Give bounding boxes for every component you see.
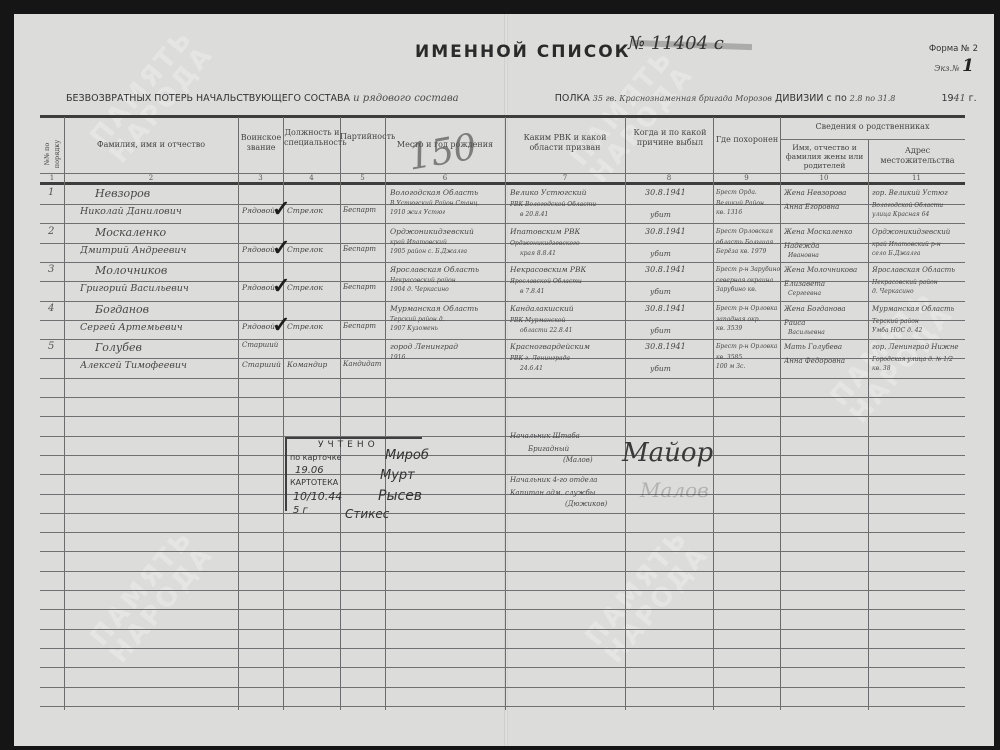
rank: Рядовой (242, 283, 275, 292)
conscription-office: РВК Вологодской Области (510, 201, 596, 208)
relative-name: Елизавета (784, 280, 825, 288)
row-line (40, 339, 965, 340)
col-num: 5 (340, 174, 385, 182)
relatives-group-header: Сведения о родственниках (780, 122, 965, 132)
col-divider (780, 117, 781, 710)
col-divider (340, 117, 341, 710)
stamp-text: КАРТОТЕКА (290, 478, 338, 487)
reason: убит (650, 249, 671, 258)
col-divider (505, 117, 506, 710)
relative-address: д. Черкасино (872, 288, 914, 295)
burial-place: Берёза кв. 1979 (716, 248, 766, 255)
given-name: Григорий Васильевич (80, 283, 189, 294)
birthplace: 1905 район с. Б.Джалга (390, 248, 467, 255)
row-number: 5 (48, 341, 54, 352)
stamp-signature: Рысев (378, 488, 422, 504)
surname: Голубев (95, 341, 142, 354)
position: Стрелок (287, 283, 323, 292)
relative-address: край Ипатовский р-н (872, 241, 941, 248)
birthplace: 1904 д. Черкасино (390, 286, 449, 293)
burial-place: Брест р-н Зарубино (716, 266, 780, 273)
rank: Рядовой (242, 206, 275, 215)
date-dropped: 30.8.1941 (645, 227, 686, 236)
burial-place: кв. 1316 (716, 209, 742, 216)
row-line (40, 416, 965, 417)
birthplace: 1910 жил Устюг (390, 209, 445, 216)
conscription-office: в 20.8.41 (520, 211, 548, 218)
burial-place: Брест Орда. (716, 189, 757, 196)
position: Стрелок (287, 322, 323, 331)
birthplace: В.Устюгский Район Станц. (390, 200, 479, 207)
row-line (40, 223, 965, 224)
col-num: 3 (238, 174, 283, 182)
conscription-office: в 7.8.41 (520, 288, 544, 295)
conscription-office: Красногвардейским (510, 342, 590, 351)
signature-name: (Дюжиков) (565, 500, 607, 508)
col-divider (868, 140, 869, 710)
row-number: 3 (48, 264, 54, 275)
copy-number: Экз.№ 1 (934, 56, 974, 76)
row-number: 2 (48, 226, 54, 237)
relative-address: Умба НОС д. 42 (872, 327, 922, 334)
conscription-office: Орджоникидзевского (510, 240, 580, 247)
relative-name: Жена Богданова (784, 305, 846, 313)
rank: Рядовой (242, 322, 275, 331)
relative-name: Ивановна (788, 252, 819, 259)
given-name: Алексей Тимофеевич (80, 360, 187, 371)
relative-name: Жена Москаленко (784, 228, 852, 236)
row-line (40, 590, 965, 591)
party: Беспарт (343, 283, 376, 291)
relative-address: Ярославская Область (872, 266, 955, 274)
row-line (40, 532, 965, 533)
signature-title: Начальник 4-го отдела (510, 476, 597, 484)
burial-place: западная окр. (716, 316, 760, 323)
col-header-4: Должность и специальность (284, 128, 340, 148)
row-line (40, 281, 965, 282)
given-name: Сергей Артемьевич (80, 322, 183, 333)
col-num: 8 (625, 174, 713, 182)
given-name: Николай Данилович (80, 206, 182, 217)
row-line (40, 436, 965, 437)
col-divider (625, 117, 626, 710)
row-line (40, 513, 965, 514)
relative-name: Анна Егоровна (784, 203, 839, 211)
stamp-date: 10/10.44 (293, 490, 342, 503)
birthplace: 1916 (390, 354, 405, 361)
row-line (40, 667, 965, 668)
date-dropped: 30.8.1941 (645, 265, 686, 274)
rank: Старший (242, 360, 281, 369)
relative-name: Надежда (784, 242, 819, 250)
burial-place: северная окраина (716, 277, 773, 284)
col-header-10: Имя, отчество и фамилия жены или родител… (782, 143, 867, 170)
party: Беспарт (343, 245, 376, 253)
faded-signature: Малов (640, 478, 709, 502)
row-line (40, 474, 965, 475)
relative-name: Раиса (784, 319, 806, 327)
relative-name: Жена Молочникова (784, 266, 857, 274)
surname: Молочников (95, 264, 167, 277)
relative-address: село Б.Джалга (872, 250, 920, 257)
col-num: 6 (385, 174, 505, 182)
row-line (40, 320, 965, 321)
reason: убит (650, 364, 671, 373)
col-num: 4 (283, 174, 340, 182)
given-name: Дмитрий Андреевич (80, 245, 186, 256)
burial-place: Зарубино кв. (716, 286, 757, 293)
row-line (40, 609, 965, 610)
birthplace: Мурманская Область (390, 304, 478, 313)
birthplace: край Ипатовский (390, 239, 447, 246)
party: Кандидат (343, 360, 381, 368)
col-divider (238, 117, 239, 710)
row-number: 1 (48, 187, 54, 198)
row-line (40, 455, 965, 456)
party: Беспарт (343, 322, 376, 330)
party: Беспарт (343, 206, 376, 214)
document-subtitle: БЕЗВОЗВРАТНЫХ ПОТЕРЬ НАЧАЛЬСТВУЮЩЕГО СОС… (66, 93, 977, 104)
col-num: 1 (40, 174, 64, 182)
checkmark-icon: ✓ (272, 196, 290, 222)
relative-address: Мурманская Область (872, 305, 954, 313)
row-line (40, 494, 965, 495)
birthplace: Некрасовский район (390, 277, 456, 284)
conscription-office: Велико Устюгский (510, 188, 586, 197)
date-dropped: 30.8.1941 (645, 304, 686, 313)
relative-address: Вологодской Области (872, 202, 943, 209)
stamp-date: 19.06 (295, 465, 324, 476)
conscription-office: края 8.8.41 (520, 250, 556, 257)
row-line (40, 687, 965, 688)
burial-place: область Большая (716, 239, 773, 246)
col-header-7: Каким РВК и какой области призван (506, 133, 624, 153)
surname: Невзоров (95, 187, 150, 200)
col-num: 11 (868, 174, 965, 182)
rank: Рядовой (242, 245, 275, 254)
stamp-signature: Мироб (385, 448, 429, 463)
form-number: Форма № 2 (929, 44, 978, 54)
conscription-office: Кандалакшский (510, 304, 574, 313)
col-num: 2 (64, 174, 238, 182)
conscription-office: Некрасовским РВК (510, 265, 586, 274)
position: Стрелок (287, 206, 323, 215)
row-line (40, 301, 965, 302)
col-header-2: Фамилия, имя и отчество (64, 140, 238, 150)
col-header-1: №№ по порядку (36, 130, 68, 170)
row-line (40, 629, 965, 630)
row-line (40, 262, 965, 263)
relative-name: Жена Невзорова (784, 189, 846, 197)
relative-address: гор. Великий Устюг (872, 189, 948, 197)
checkmark-icon: ✓ (272, 312, 290, 338)
relative-name: Мать Голубева (784, 343, 842, 351)
surname: Богданов (95, 303, 149, 316)
birthplace: Орджоникидзевский (390, 227, 474, 236)
col-header-5: Партийность (340, 132, 385, 142)
birthplace: город Ленинград (390, 342, 458, 351)
burial-place: Брест р-н Орловка (716, 305, 777, 312)
col-header-11: Адрес местожительства (870, 146, 965, 166)
conscription-office: РВК г. Ленинграда (510, 355, 570, 362)
relative-name: Сергеевна (788, 290, 821, 297)
relative-address: Городская улица д. № 1/2 (872, 356, 953, 363)
burial-place: Брест р-н Орловка (716, 343, 777, 350)
relative-address: Терский район (872, 318, 919, 325)
row-line (40, 397, 965, 398)
burial-place: кв. 3585 (716, 354, 742, 361)
conscription-office: области 22.8.41 (520, 327, 572, 334)
birthplace: 1907 Кузомень (390, 325, 438, 332)
relative-address: гор. Ленинград Нижне (872, 343, 959, 351)
date-dropped: 30.8.1941 (645, 188, 686, 197)
archive-number: № 11404 с (628, 33, 724, 54)
birthplace: Ярославская Область (390, 265, 479, 274)
relative-name: Анна Федоровна (784, 357, 845, 365)
col-divider (713, 117, 714, 710)
burial-place: кв. 3539 (716, 325, 742, 332)
row-line (40, 378, 965, 379)
group-divider (780, 139, 965, 140)
relative-address: Орджоникидзевский (872, 228, 950, 236)
col-header-3: Воинское звание (240, 133, 282, 153)
birthplace: Терский район д. (390, 316, 444, 323)
row-number: 4 (48, 303, 54, 314)
row-line (40, 571, 965, 572)
conscription-office: 24.6.41 (520, 365, 543, 372)
document-title: ИМЕННОЙ СПИСОК (415, 42, 631, 62)
conscription-office: Ярославской Области (510, 278, 582, 285)
col-num: 9 (713, 174, 780, 182)
relative-address: улица Красная 64 (872, 211, 929, 218)
row-line (40, 648, 965, 649)
burial-place: 100 м Зс. (716, 363, 745, 370)
signature-title: Бригадный (528, 445, 569, 453)
birthplace: Вологодская Область (390, 188, 478, 197)
reason: убит (650, 326, 671, 335)
date-dropped: 30.8.1941 (645, 342, 686, 351)
row-line (40, 243, 965, 244)
row-line (40, 706, 965, 707)
conscription-office: РВК Мурманской (510, 317, 565, 324)
position: Стрелок (287, 245, 323, 254)
table-top-rule (40, 115, 965, 118)
col-num: 10 (780, 174, 868, 182)
signature-name: (Малов) (563, 456, 593, 464)
rank: Старший (242, 341, 278, 349)
reason: убит (650, 210, 671, 219)
col-divider (385, 117, 386, 710)
conscription-office: Ипатовским РВК (510, 227, 580, 236)
stamp-text: по карточке (290, 453, 342, 462)
col-header-8: Когда и по какой причине выбыл (628, 128, 712, 148)
checkmark-icon: ✓ (272, 273, 290, 299)
relative-address: кв. 38 (872, 365, 891, 372)
relative-name: Васильевна (788, 329, 825, 336)
stamp-signature: Мурт (380, 468, 415, 483)
checkmark-icon: ✓ (272, 235, 290, 261)
reason: убит (650, 287, 671, 296)
stamp-code: 5 г (293, 505, 308, 516)
col-divider (64, 117, 65, 710)
col-header-9: Где похоронен (714, 135, 780, 145)
signature-title: Капитан адм. службы (510, 489, 596, 497)
surname: Москаленко (95, 226, 166, 239)
col-num: 7 (505, 174, 625, 182)
table-header-rule (40, 182, 965, 185)
row-line (40, 551, 965, 552)
position: Командир (287, 360, 327, 369)
signature-title: Начальник Штаба (510, 432, 580, 440)
burial-place: Брест Орловская (716, 228, 773, 235)
stamp-text: УЧТЕНО (318, 440, 379, 450)
relative-address: Некрасовский район (872, 279, 938, 286)
chief-signature: Майор (622, 438, 713, 468)
stamp-signature: Стикес (345, 507, 389, 521)
burial-place: Великий Район (716, 200, 764, 207)
